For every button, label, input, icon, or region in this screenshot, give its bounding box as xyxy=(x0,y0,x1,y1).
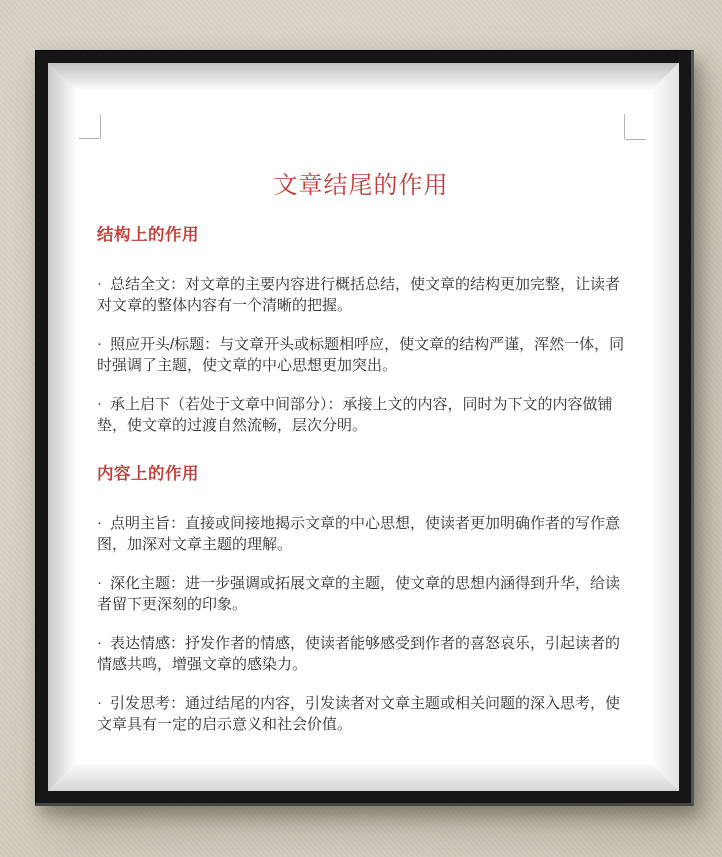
bullet-item: ·承上启下（若处于文章中间部分）：承接上文的内容，同时为下文的内容做铺垫，使文章… xyxy=(97,394,625,436)
text-boundary-mark-topright-icon xyxy=(625,139,646,140)
section-heading: 内容上的作用 xyxy=(97,460,625,484)
bullet-item: ·点明主旨：直接或间接地揭示文章的中心思想，使读者更加明确作者的写作意图，加深对… xyxy=(97,513,625,555)
text-boundary-mark-topright-icon xyxy=(624,114,625,139)
bullet-item-text: 引发思考：通过结尾的内容，引发读者对文章主题或相关问题的深入思考，使文章具有一定… xyxy=(97,695,620,733)
text-boundary-mark-topleft-icon xyxy=(79,138,100,139)
picture-frame: 文章结尾的作用 结构上的作用 ·总结全文：对文章的主要内容进行概括总结，使文章的… xyxy=(35,50,694,806)
bullet-dot-icon: · xyxy=(97,273,102,294)
bullet-item: ·引发思考：通过结尾的内容，引发读者对文章主题或相关问题的深入思考，使文章具有一… xyxy=(97,693,625,735)
bullet-item: ·总结全文：对文章的主要内容进行概括总结，使文章的结构更加完整，让读者对文章的整… xyxy=(97,274,625,316)
mat-bevel-top xyxy=(48,63,679,90)
bullet-item-text: 承上启下（若处于文章中间部分）：承接上文的内容，同时为下文的内容做铺垫，使文章的… xyxy=(97,396,613,434)
document-title: 文章结尾的作用 xyxy=(97,165,625,200)
section-content: 内容上的作用 ·点明主旨：直接或间接地揭示文章的中心思想，使读者更加明确作者的写… xyxy=(97,460,625,735)
text-boundary-mark-topleft-icon xyxy=(100,115,101,138)
bullet-item-text: 照应开头/标题：与文章开头或标题相呼应，使文章的结构严谨，浑然一体，同时强调了主… xyxy=(97,336,624,374)
bullet-dot-icon: · xyxy=(97,692,102,713)
bullet-dot-icon: · xyxy=(97,333,102,354)
bullet-item-text: 总结全文：对文章的主要内容进行概括总结，使文章的结构更加完整，让读者对文章的整体… xyxy=(97,276,620,314)
bullet-item: ·深化主题：进一步强调或拓展文章的主题，使文章的思想内涵得到升华，给读者留下更深… xyxy=(97,573,625,615)
section-heading: 结构上的作用 xyxy=(97,221,625,245)
bullet-dot-icon: · xyxy=(97,512,102,533)
bullet-item-text: 点明主旨：直接或间接地揭示文章的中心思想，使读者更加明确作者的写作意图，加深对文… xyxy=(97,515,620,553)
bullet-item-text: 深化主题：进一步强调或拓展文章的主题，使文章的思想内涵得到升华，给读者留下更深刻… xyxy=(97,575,620,613)
bullet-dot-icon: · xyxy=(97,393,102,414)
mat-bevel-right xyxy=(652,63,679,791)
mat-bevel-left xyxy=(48,63,75,791)
document-page: 文章结尾的作用 结构上的作用 ·总结全文：对文章的主要内容进行概括总结，使文章的… xyxy=(75,90,652,764)
bullet-item: ·照应开头/标题：与文章开头或标题相呼应，使文章的结构严谨，浑然一体，同时强调了… xyxy=(97,334,625,376)
bullet-item-text: 表达情感：抒发作者的情感，使读者能够感受到作者的喜怒哀乐，引起读者的情感共鸣，增… xyxy=(97,635,620,673)
mat-bevel-bottom xyxy=(48,764,679,791)
bullet-dot-icon: · xyxy=(97,632,102,653)
section-structure: 结构上的作用 ·总结全文：对文章的主要内容进行概括总结，使文章的结构更加完整，让… xyxy=(97,221,625,436)
bullet-item: ·表达情感：抒发作者的情感，使读者能够感受到作者的喜怒哀乐，引起读者的情感共鸣，… xyxy=(97,633,625,675)
frame-mat: 文章结尾的作用 结构上的作用 ·总结全文：对文章的主要内容进行概括总结，使文章的… xyxy=(48,63,679,791)
bullet-dot-icon: · xyxy=(97,572,102,593)
